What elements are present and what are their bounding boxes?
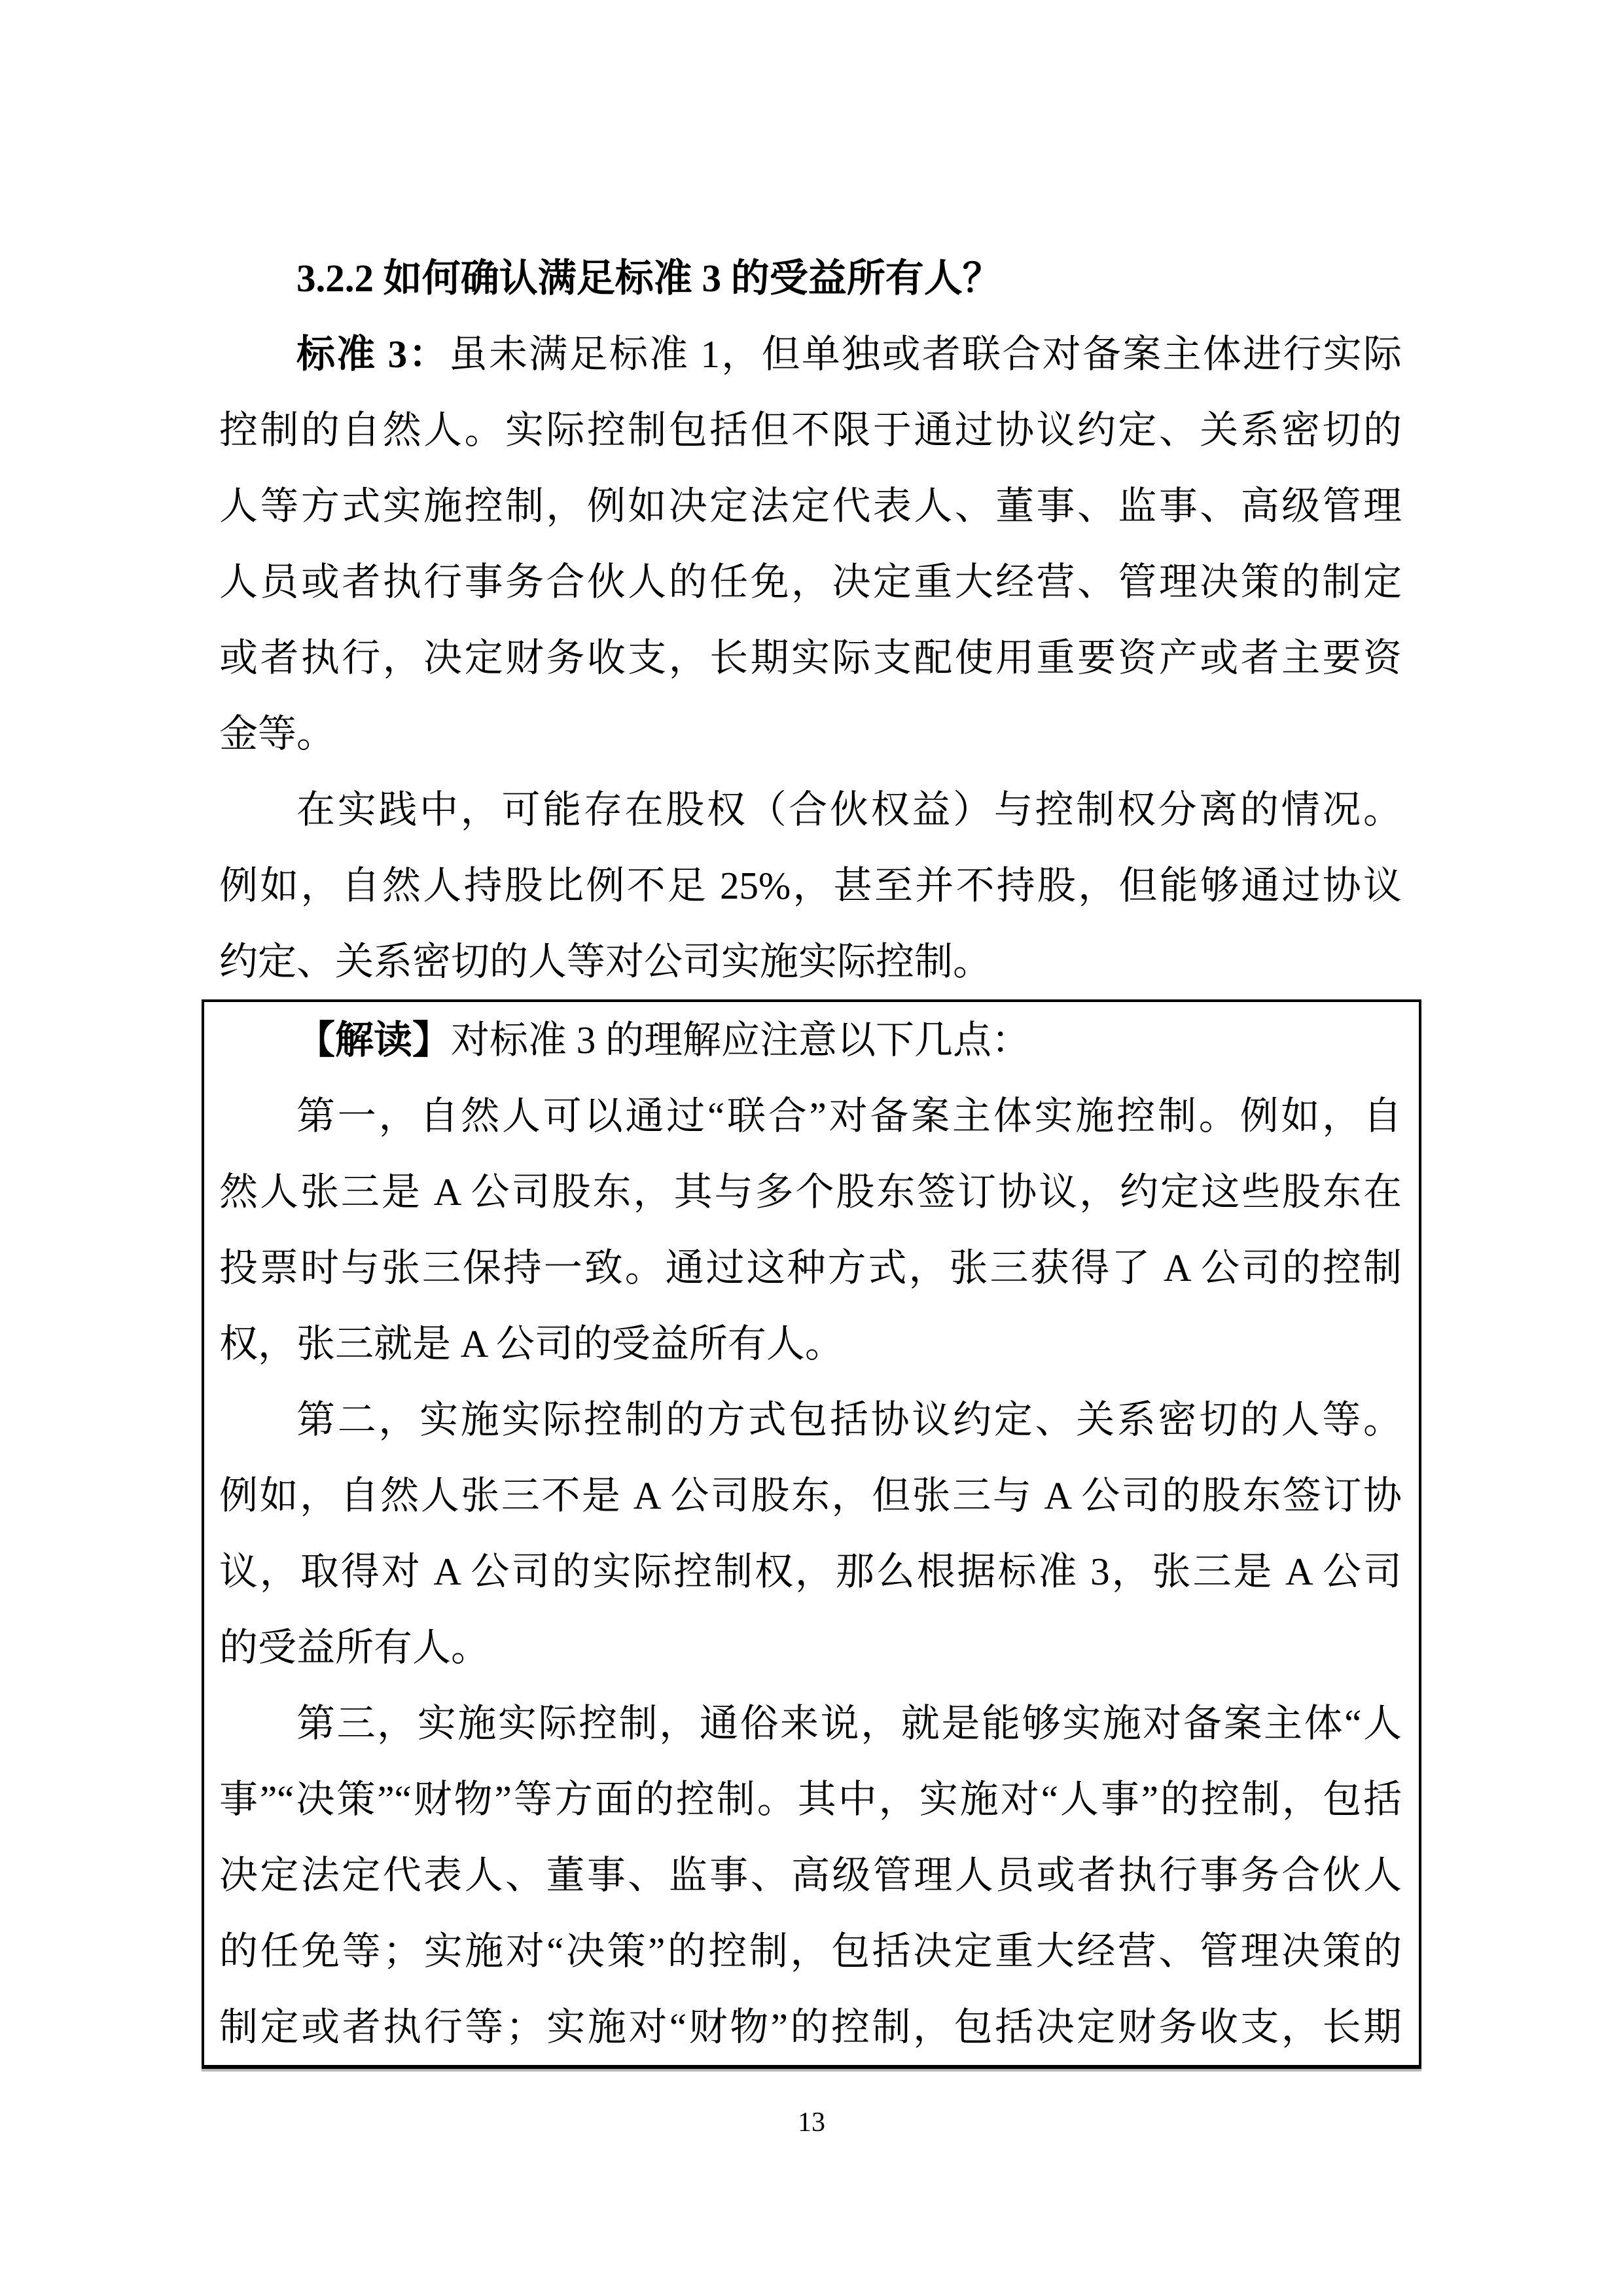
interpretation-box: 【解读】对标准 3 的理解应注意以下几点： 第一，自然人可以通过“联合”对备案主…: [202, 999, 1421, 2069]
text-line: 事”“决策”“财物”等方面的控制。其中，实施对“人事”的控制，包括: [219, 1761, 1402, 1837]
text-line: 人等方式实施控制，例如决定法定代表人、董事、监事、高级管理: [219, 468, 1402, 544]
text-line: 例如，自然人张三不是 A 公司股东，但张三与 A 公司的股东签订协: [219, 1458, 1402, 1534]
text-line: 控制的自然人。实际控制包括但不限于通过协议约定、关系密切的: [219, 392, 1402, 468]
text-line: 金等。: [219, 696, 1402, 772]
text-line: 第三，实施实际控制，通俗来说，就是能够实施对备案主体“人: [219, 1685, 1402, 1761]
text-line: 的任免等；实施对“决策”的控制，包括决定重大经营、管理决策的: [219, 1913, 1402, 1989]
text-line-rest: 虽未满足标准 1，但单独或者联合对备案主体进行实际: [449, 332, 1402, 376]
text-line: 制定或者执行等；实施对“财物”的控制，包括决定财务收支，长期: [219, 1989, 1402, 2065]
text-line: 在实践中，可能存在股权（合伙权益）与控制权分离的情况。: [219, 772, 1402, 848]
standard3-lead: 标准 3：: [296, 332, 449, 376]
text-line: 例如，自然人持股比例不足 25%，甚至并不持股，但能够通过协议: [219, 848, 1402, 924]
paragraph-standard3: 标准 3：虽未满足标准 1，但单独或者联合对备案主体进行实际 控制的自然人。实际…: [219, 316, 1402, 772]
page-number: 13: [0, 2106, 1623, 2139]
text-line: 投票时与张三保持一致。通过这种方式，张三获得了 A 公司的控制: [219, 1230, 1402, 1306]
interpretation-intro-line: 【解读】对标准 3 的理解应注意以下几点：: [219, 1002, 1402, 1078]
section-heading: 3.2.2 如何确认满足标准 3 的受益所有人？: [219, 240, 1402, 316]
text-line: 约定、关系密切的人等对公司实施实际控制。: [219, 924, 1402, 999]
text-line: 的受益所有人。: [219, 1609, 1402, 1685]
text-line: 第一，自然人可以通过“联合”对备案主体实施控制。例如，自: [219, 1078, 1402, 1154]
document-page: 3.2.2 如何确认满足标准 3 的受益所有人？ 标准 3：虽未满足标准 1，但…: [0, 0, 1623, 2296]
text-line: 议，取得对 A 公司的实际控制权，那么根据标准 3，张三是 A 公司: [219, 1534, 1402, 1609]
text-line: 或者执行，决定财务收支，长期实际支配使用重要资产或者主要资: [219, 620, 1402, 696]
text-line: 第二，实施实际控制的方式包括协议约定、关系密切的人等。: [219, 1382, 1402, 1458]
text-line: 然人张三是 A 公司股东，其与多个股东签订协议，约定这些股东在: [219, 1154, 1402, 1230]
page-content: 3.2.2 如何确认满足标准 3 的受益所有人？ 标准 3：虽未满足标准 1，但…: [219, 240, 1402, 2069]
text-line: 标准 3：虽未满足标准 1，但单独或者联合对备案主体进行实际: [219, 316, 1402, 392]
text-line: 权，张三就是 A 公司的受益所有人。: [219, 1306, 1402, 1382]
interpretation-lead: 【解读】: [296, 1018, 451, 1062]
text-line: 人员或者执行事务合伙人的任免，决定重大经营、管理决策的制定: [219, 544, 1402, 620]
text-line: 决定法定代表人、董事、监事、高级管理人员或者执行事务合伙人: [219, 1837, 1402, 1913]
interpretation-intro-text: 对标准 3 的理解应注意以下几点：: [451, 1018, 1030, 1062]
paragraph-practice: 在实践中，可能存在股权（合伙权益）与控制权分离的情况。 例如，自然人持股比例不足…: [219, 772, 1402, 999]
